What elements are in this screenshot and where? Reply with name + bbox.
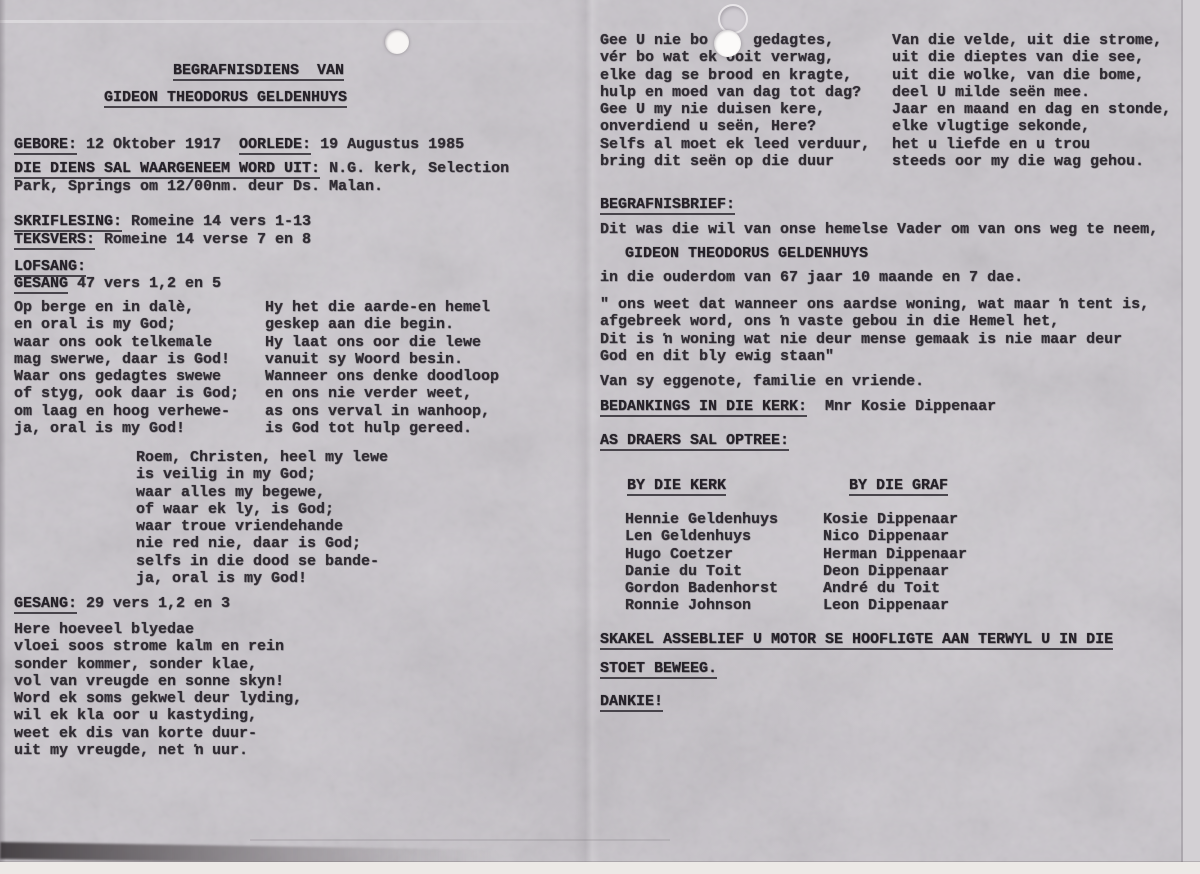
scripture-quote: " ons weet dat wanneer ons aardse woning… — [600, 296, 1149, 365]
hymn-29-verse: Here hoeveel blyedae vloei soos strome k… — [14, 621, 302, 759]
hymn-line: ja, oral is my God! — [136, 570, 388, 587]
thanks-in-church-line: BEDANKINGS IN DIE KERK: Mnr Kosie Dippen… — [600, 398, 996, 415]
hymn-line: steeds oor my die wag gehou. — [892, 153, 1171, 170]
pallbearer-name: Len Geldenhuys — [625, 528, 778, 545]
hymn-line: weet ek dis van korte duur- — [14, 725, 302, 742]
quote-line: " ons weet dat wanneer ons aardse woning… — [600, 296, 1149, 313]
scripture-reading-value: Romeine 14 vers 1-13 — [122, 213, 311, 230]
hymn-line: nie red nie, daar is God; — [136, 535, 388, 552]
hymn-line: sonder kommer, sonder klae, — [14, 656, 302, 673]
pallbearer-name: Gordon Badenhorst — [625, 580, 778, 597]
funeral-letter-line-1: Dit was die wil van onse hemelse Vader o… — [600, 221, 1158, 238]
pallbearer-name: Hennie Geldenhuys — [625, 511, 778, 528]
hymn-continuation-col1: Gee U nie bo gedagtes, vér bo wat ek ooi… — [600, 32, 870, 170]
hymn-line: Word ek soms gekwel deur lyding, — [14, 690, 302, 707]
deceased-name-title: GIDEON THEODORUS GELDENHUYS — [104, 89, 347, 106]
hymn-line: vér bo wat ek ooit verwag, — [600, 49, 870, 66]
pallbearers-label: AS DRAERS SAL OPTREE: — [600, 432, 789, 451]
funeral-letter-label: BEGRAFNISBRIEF: — [600, 196, 735, 215]
hymn-line: hulp en moed van dag tot dag? — [600, 84, 870, 101]
hymn-line: Selfs al moet ek leed verduur, — [600, 136, 870, 153]
thanks-in-church-value: Mnr Kosie Dippenaar — [807, 398, 996, 415]
punch-hole-left — [385, 30, 409, 54]
paper-right-edge — [1183, 0, 1200, 862]
born-label: GEBORE: — [14, 136, 77, 155]
pallbearer-name: Herman Dippenaar — [823, 546, 967, 563]
service-line-1: DIE DIENS SAL WAARGENEEM WORD UIT: N.G. … — [14, 160, 509, 177]
hymn-line: onverdiend u seën, Here? — [600, 118, 870, 135]
hymn-line: uit my vreugde, net ŉ uur. — [14, 742, 302, 759]
scanned-funeral-program: BEGRAFNISDIENS VAN GIDEON THEODORUS GELD… — [0, 0, 1200, 874]
hymn-line: is veilig in my God; — [136, 466, 388, 483]
hymn-line: Op berge en in dalè, — [14, 299, 239, 316]
quote-line: Dit is ŉ woning wat nie deur mense gemaa… — [600, 331, 1149, 348]
funeral-letter-heading: BEGRAFNISBRIEF: — [600, 196, 735, 213]
church-column-header: BY DIE KERK — [627, 477, 726, 494]
pallbearers-heading: AS DRAERS SAL OPTREE: — [600, 432, 789, 449]
scanner-background-strip — [0, 861, 1200, 874]
grave-column-header: BY DIE GRAF — [849, 477, 948, 494]
born-value: 12 Oktober 1917 — [77, 136, 239, 153]
bottom-left-smudge — [0, 842, 500, 867]
thank-you-line: DANKIE! — [600, 693, 663, 710]
text-verse-value: Romeine 14 verse 7 en 8 — [95, 231, 311, 248]
church-column-header-text: BY DIE KERK — [627, 477, 726, 496]
hymn-47-value: 47 vers 1,2 en 5 — [68, 275, 221, 292]
hymn-line: Jaar en maand en dag en stonde, — [892, 101, 1171, 118]
hymn-29-label: GESANG: — [14, 595, 77, 614]
pallbearer-name: Ronnie Johnson — [625, 597, 778, 614]
service-label: DIE DIENS SAL WAARGENEEM WORD UIT: — [14, 160, 320, 179]
hymn-line: of waar ek ly, is God; — [136, 501, 388, 518]
pallbearer-name: Deon Dippenaar — [823, 563, 967, 580]
hymn-line: bring dit seën op die duur — [600, 153, 870, 170]
quote-line: God en dit bly ewig staan" — [600, 348, 1149, 365]
service-line-2: Park, Springs om 12/00nm. deur Ds. Malan… — [14, 178, 383, 195]
hymn-line: Hy laat ons oor die lewe — [265, 334, 499, 351]
scripture-reading-line: SKRIFLESING: Romeine 14 vers 1-13 — [14, 213, 311, 230]
condolence-from-line: Van sy eggenote, familie en vriende. — [600, 373, 924, 390]
born-died-line: GEBORE: 12 Oktober 1917 OORLEDE: 19 Augu… — [14, 136, 464, 153]
hymn-29-value: 29 vers 1,2 en 3 — [77, 595, 230, 612]
died-value: 19 Augustus 1985 — [311, 136, 464, 153]
hymn-line: en ons nie verder weet, — [265, 385, 499, 402]
pallbearer-name: Kosie Dippenaar — [823, 511, 967, 528]
headlights-notice-text-2: STOET BEWEEG. — [600, 660, 717, 679]
hymn-line: om laag en hoog verhewe- — [14, 403, 239, 420]
hymn-line: elke dag se brood en kragte, — [600, 67, 870, 84]
hymn-line: deel U milde seën mee. — [892, 84, 1171, 101]
service-value: N.G. kerk, Selection — [320, 160, 509, 177]
paper-crease-bottom — [250, 839, 670, 841]
died-label: OORLEDE: — [239, 136, 311, 155]
pallbearer-name: André du Toit — [823, 580, 967, 597]
hymn-line: waar alles my begewe, — [136, 484, 388, 501]
hymn-line: ja, oral is my God! — [14, 420, 239, 437]
scan-left-edge — [0, 0, 6, 874]
church-pallbearer-list: Hennie Geldenhuys Len Geldenhuys Hugo Co… — [625, 511, 778, 615]
hymn-line: Wanneer ons denke doodloop — [265, 368, 499, 385]
hymn-29-line: GESANG: 29 vers 1,2 en 3 — [14, 595, 230, 612]
hymn-line: as ons verval in wanhoop, — [265, 403, 499, 420]
headlights-notice-text-1: SKAKEL ASSEBLIEF U MOTOR SE HOOFLIGTE AA… — [600, 631, 1113, 650]
program-title: BEGRAFNISDIENS VAN — [173, 62, 344, 79]
hymn-line: Van die velde, uit die strome, — [892, 32, 1171, 49]
hymn-line: vloei soos strome kalm en rein — [14, 638, 302, 655]
hymn-line: wil ek kla oor u kastyding, — [14, 707, 302, 724]
hymn-line: vanuit sy Woord besin. — [265, 351, 499, 368]
hymn-line: Here hoeveel blyedae — [14, 621, 302, 638]
hymn-line: waar ons ook telkemale — [14, 334, 239, 351]
thank-you-text: DANKIE! — [600, 693, 663, 712]
hymn-47-verse-middle: Roem, Christen, heel my lewe is veilig i… — [136, 449, 388, 587]
hymn-of-praise-label-line: LOFSANG: — [14, 258, 86, 275]
hymn-line: en oral is my God; — [14, 316, 239, 333]
hymn-line: of styg, ook daar is God; — [14, 385, 239, 402]
hymn-line: Gee U my nie duisen kere, — [600, 101, 870, 118]
hymn-47-verse-col1: Op berge en in dalè, en oral is my God; … — [14, 299, 239, 437]
headlights-notice-line-2: STOET BEWEEG. — [600, 660, 717, 677]
page-fold-shadow — [574, 0, 600, 874]
pallbearer-name: Hugo Coetzer — [625, 546, 778, 563]
grave-column-header-text: BY DIE GRAF — [849, 477, 948, 496]
program-title-text: BEGRAFNISDIENS VAN — [173, 62, 344, 81]
funeral-letter-age-line: in die ouderdom van 67 jaar 10 maande en… — [600, 269, 1023, 286]
hymn-line: Roem, Christen, heel my lewe — [136, 449, 388, 466]
punch-hole-right-upper — [718, 4, 748, 34]
text-verse-line: TEKSVERS: Romeine 14 verse 7 en 8 — [14, 231, 311, 248]
hymn-line: is God tot hulp gereed. — [265, 420, 499, 437]
pallbearer-name: Danie du Toit — [625, 563, 778, 580]
hymn-line: elke vlugtige sekonde, — [892, 118, 1171, 135]
grave-pallbearer-list: Kosie Dippenaar Nico Dippenaar Herman Di… — [823, 511, 967, 615]
hymn-47-verse-col2: Hy het die aarde-en hemel geskep aan die… — [265, 299, 499, 437]
hymn-line: Waar ons gedagtes swewe — [14, 368, 239, 385]
hymn-47-line: GESANG 47 vers 1,2 en 5 — [14, 275, 221, 292]
hymn-line: Gee U nie bo gedagtes, — [600, 32, 870, 49]
pallbearer-name: Nico Dippenaar — [823, 528, 967, 545]
paper-crease — [0, 20, 560, 23]
text-verse-label: TEKSVERS: — [14, 231, 95, 250]
hymn-line: waar troue vriendehande — [136, 518, 388, 535]
hymn-line: vol van vreugde en sonne skyn! — [14, 673, 302, 690]
quote-line: afgebreek word, ons ŉ vaste gebou in die… — [600, 313, 1149, 330]
paper-right-edge-line — [1181, 0, 1183, 862]
hymn-line: mag swerwe, daar is God! — [14, 351, 239, 368]
hymn-line: Hy het die aarde-en hemel — [265, 299, 499, 316]
hymn-line: uit die dieptes van die see, — [892, 49, 1171, 66]
headlights-notice-line-1: SKAKEL ASSEBLIEF U MOTOR SE HOOFLIGTE AA… — [600, 631, 1113, 648]
pallbearer-name: Leon Dippenaar — [823, 597, 967, 614]
thanks-in-church-label: BEDANKINGS IN DIE KERK: — [600, 398, 807, 417]
deceased-name-text: GIDEON THEODORUS GELDENHUYS — [104, 89, 347, 108]
hymn-continuation-col2: Van die velde, uit die strome, uit die d… — [892, 32, 1171, 170]
hymn-line: uit die wolke, van die bome, — [892, 67, 1171, 84]
funeral-letter-deceased-name: GIDEON THEODORUS GELDENHUYS — [625, 245, 868, 262]
hymn-line: selfs in die dood se bande- — [136, 553, 388, 570]
scripture-reading-label: SKRIFLESING: — [14, 213, 122, 232]
hymn-line: geskep aan die begin. — [265, 316, 499, 333]
hymn-line: het u liefde en u trou — [892, 136, 1171, 153]
hymn-47-label: GESANG — [14, 275, 68, 294]
